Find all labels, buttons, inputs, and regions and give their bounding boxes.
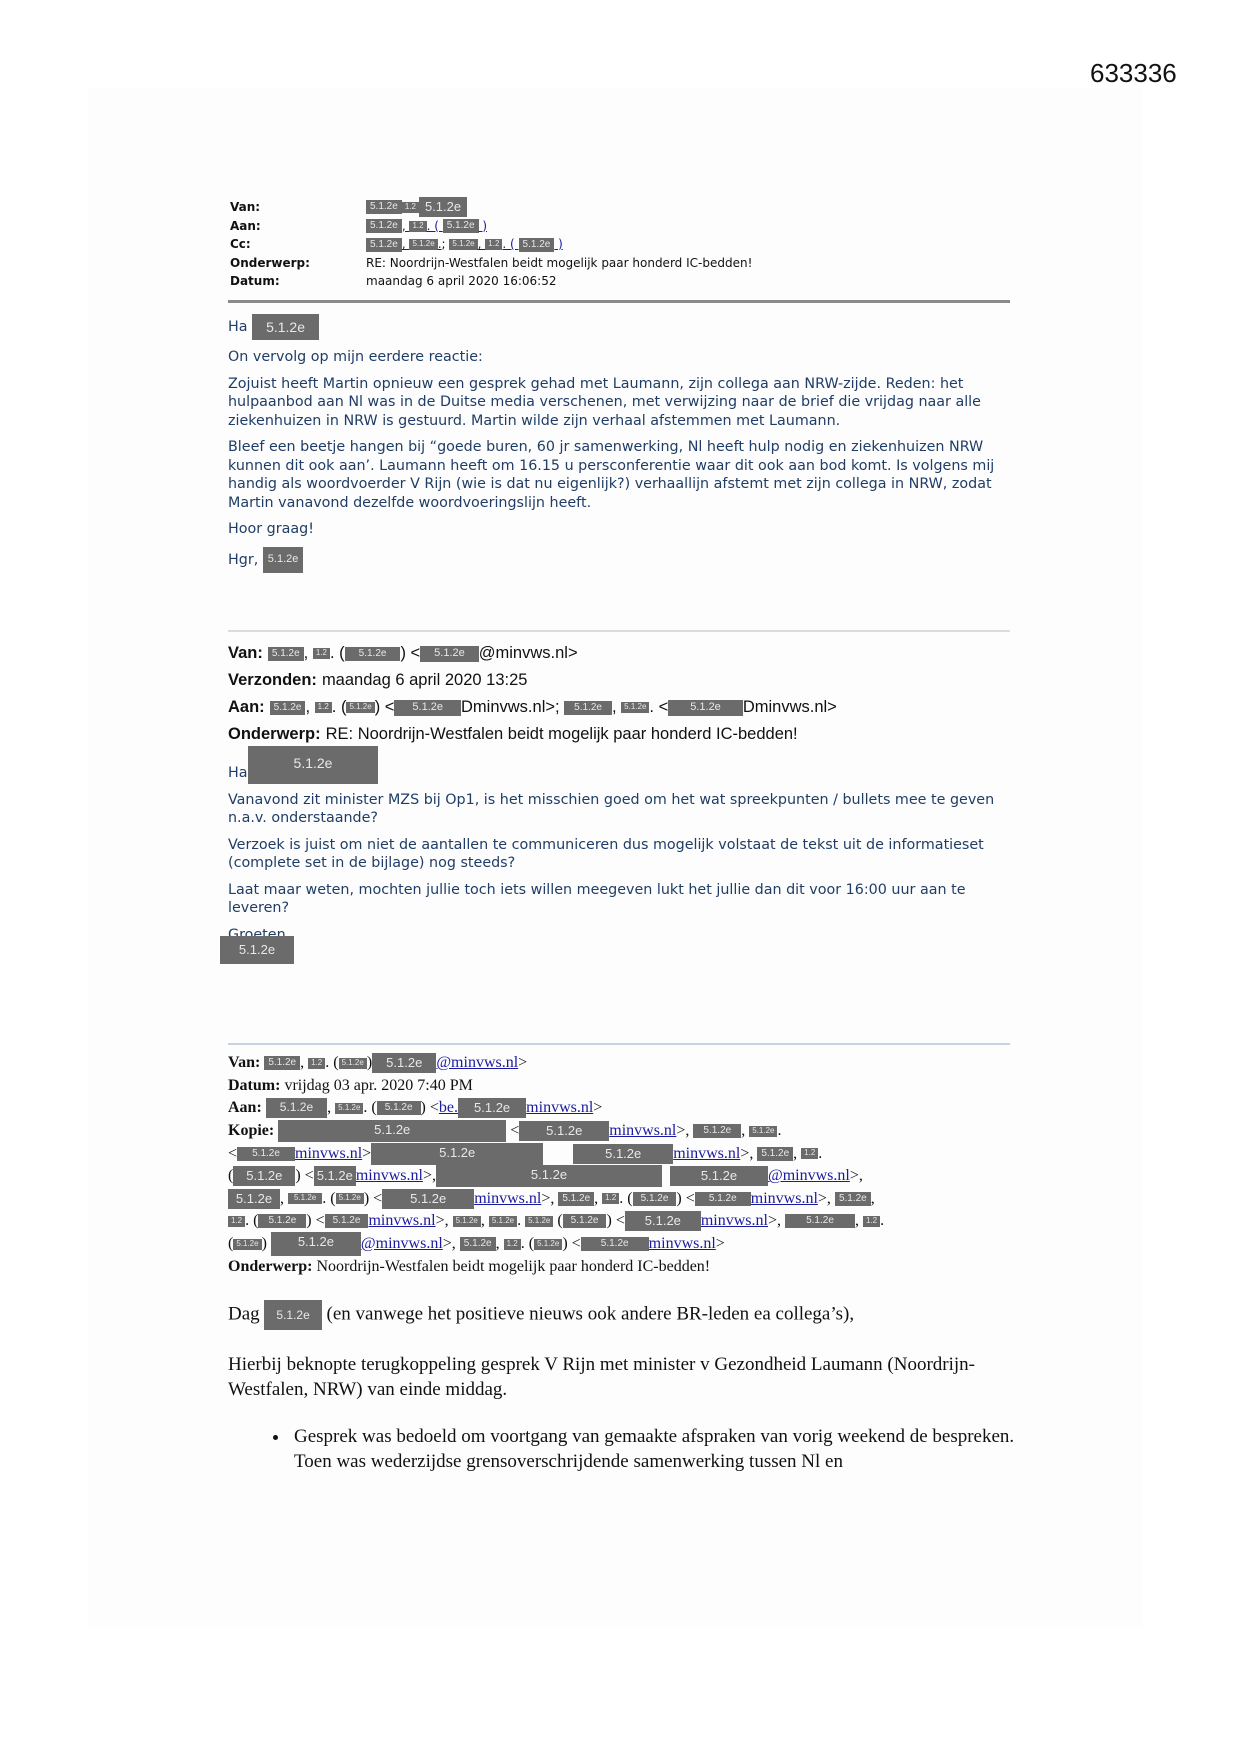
redaction: 5.1.2e [258,1214,306,1228]
email-link[interactable]: minvws.nl [526,1099,593,1117]
redaction: 5.1.2e [394,700,461,716]
subject-label: Onderwerp: [230,256,366,270]
redaction: 5.1.2e [233,1166,295,1186]
email1-cc-row: Cc: 5.1.2e, 5.1.2e.; 5.1.2e, 1.2. ( 5.1.… [230,235,752,254]
redaction: 1.2 [485,239,502,250]
email1-header: Van: 5.1.2e1.25.1.2e Aan: 5.1.2e, 1.2. (… [230,198,752,291]
cc-label: Kopie: [228,1122,274,1140]
paragraph: Zojuist heeft Martin opnieuw een gesprek… [228,375,1008,431]
greeting-text: Ha [228,319,248,335]
redaction: 5.1.2e [270,701,306,715]
redaction: 5.1.2e [453,1216,481,1227]
redaction: 5.1.2e [371,1143,543,1165]
redaction: 5.1.2e [339,1058,367,1069]
cc-link[interactable]: 5.1.2e, 1.2. ( 5.1.2e ) [449,237,562,251]
email-link[interactable]: @minvws.nl [436,1054,518,1072]
redaction: 5.1.2e [558,1192,594,1206]
to-label: Aan: [228,1099,262,1117]
redaction: 1.2 [863,1216,880,1227]
from-value: 5.1.2e1.25.1.2e [366,197,467,217]
redaction: 5.1.2e [264,1300,321,1330]
email3-cc-row: (5.1.2e) <5.1.2eminvws.nl>,5.1.2e5.1.2e@… [228,1165,1018,1188]
bullet-item: Gesprek was bedoeld om voortgang van gem… [290,1424,1018,1474]
redaction: 5.1.2e [228,1189,280,1209]
email3-to-row: Aan: 5.1.2e, 5.1.2e. (5.1.2e) <be.5.1.2e… [228,1097,1018,1120]
paragraph: On vervolg op mijn eerdere reactie: [228,348,1008,367]
redaction: 5.1.2e [288,1193,322,1204]
redaction: 1.2 [504,1239,521,1250]
redaction: 5.1.2e [268,647,304,661]
email-link[interactable]: minvws.nl [356,1167,423,1185]
date-label: Datum: [230,274,366,288]
redaction: 5.1.2e [233,1239,261,1250]
redaction: 1.2 [602,1193,619,1204]
redaction: 5.1.2e [670,1166,768,1186]
paragraph: Vanavond zit minister MZS bij Op1, is he… [228,791,1008,828]
email-link[interactable]: minvws.nl [295,1145,362,1163]
subject-value: RE: Noordrijn-Westfalen beidt mogelijk p… [366,256,752,270]
email1-date-row: Datum: maandag 6 april 2020 16:06:52 [230,272,752,291]
paragraph: Hierbij beknopte terugkoppeling gesprek … [228,1352,1018,1402]
email2-sent-row: Verzonden: maandag 6 april 2020 13:25 [228,667,837,694]
bullet-list: Gesprek was bedoeld om voortgang van gem… [228,1424,1018,1474]
redaction: 5.1.2e [519,238,555,252]
redaction: 5.1.2e [336,1193,364,1204]
email-domain: @minvws.nl> [479,644,578,663]
redaction: 5.1.2e [252,314,319,340]
email3-subject-row: Onderwerp: Noordrijn-Westfalen beidt mog… [228,1255,1018,1278]
email-domain: Dminvws.nl> [461,698,555,717]
redaction: 5.1.2e [278,1120,506,1142]
redaction: 1.2 [228,1216,245,1227]
cc-link[interactable]: 5.1.2e, 5.1.2e. [366,237,442,251]
subject-label: Onderwerp: [228,725,321,744]
from-label: Van: [228,1054,260,1072]
redaction: 5.1.2e [436,1165,662,1187]
redaction: 1.2 [315,702,332,713]
redaction: 5.1.2e [633,1192,677,1206]
redaction: 5.1.2e [625,1211,701,1231]
email-link[interactable]: @minvws.nl [361,1235,443,1253]
redaction: 5.1.2e [573,1144,673,1164]
redaction: 5.1.2e [266,1098,327,1118]
from-label: Van: [228,644,263,663]
paragraph: Hoor graag! [228,520,1008,539]
redaction: 5.1.2e [237,1147,295,1161]
email-link[interactable]: minvws.nl [701,1212,768,1230]
email2-header: Van: 5.1.2e, 1.2. (5.1.2e) <5.1.2e@minvw… [228,640,837,748]
email2-subject-row: Onderwerp: RE: Noordrijn-Westfalen beidt… [228,721,837,748]
redaction: 5.1.2e [346,702,374,713]
to-value[interactable]: 5.1.2e, 1.2. ( 5.1.2e ) [366,219,487,234]
paragraph: Laat maar weten, mochten jullie toch iet… [228,881,1008,918]
redaction: 5.1.2e [458,1098,526,1118]
email3-body: Dag 5.1.2e (en vanwege het positieve nie… [228,1300,1018,1474]
redaction: 5.1.2e [695,1192,751,1206]
redaction: 5.1.2e [460,1237,496,1251]
header-divider [228,300,1010,303]
greeting-text: Dag [228,1303,260,1324]
redaction: 1.2 [409,221,426,232]
greeting-rest: (en vanwege het positieve nieuws ook and… [327,1303,855,1324]
email2-body: Ha5.1.2e Vanavond zit minister MZS bij O… [228,764,1008,952]
redaction: 5.1.2e [519,1121,609,1141]
date-label: Datum: [228,1077,280,1095]
sent-label: Verzonden: [228,671,317,690]
redaction: 1.2 [308,1058,325,1069]
redaction: 5.1.2e [693,1124,741,1138]
message-divider [228,630,1010,632]
redaction: 5.1.2e [271,1232,361,1256]
redaction: 5.1.2e [489,1216,517,1227]
redaction: 5.1.2e [668,700,743,716]
date-value: maandag 6 april 2020 16:06:52 [366,274,557,288]
subject-value: Noordrijn-Westfalen beidt mogelijk paar … [316,1258,710,1276]
redaction: 5.1.2e [525,1216,553,1227]
signoff: Hgr, 5.1.2e [228,547,1008,573]
redaction: 5.1.2e [372,1053,436,1073]
redaction: 5.1.2e [564,701,612,715]
email-link[interactable]: @minvws.nl [768,1167,850,1185]
email-link[interactable]: be. [439,1099,458,1117]
greeting: Ha5.1.2e [228,764,1008,783]
email1-body: Ha 5.1.2e On vervolg op mijn eerdere rea… [228,314,1008,581]
signoff: Groeten,5.1.2e [228,926,1008,945]
redaction: 5.1.2e [443,219,479,233]
redaction: 5.1.2e [835,1192,871,1206]
paragraph: Bleef een beetje hangen bij “goede buren… [228,438,1008,512]
redaction: 5.1.2e [325,1214,369,1228]
redaction: 5.1.2e [563,1214,607,1228]
redaction: 5.1.2e [534,1239,562,1250]
redaction: 5.1.2e [248,746,378,784]
email3-date-row: Datum: vrijdag 03 apr. 2020 7:40 PM [228,1075,1018,1098]
redaction: 5.1.2e [264,1056,300,1070]
email-link[interactable]: minvws.nl [649,1235,716,1253]
redaction: 5.1.2e [220,936,294,964]
greeting: Ha 5.1.2e [228,314,1008,340]
redaction: 5.1.2e [377,1101,421,1115]
email3-cc-row: 5.1.2e, 5.1.2e. (5.1.2e) <5.1.2eminvws.n… [228,1188,1018,1211]
email-link[interactable]: minvws.nl [368,1212,435,1230]
redaction: 1.2 [313,648,330,659]
redaction: 5.1.2e [335,1103,363,1114]
redaction: 5.1.2e [449,239,477,250]
redaction: 5.1.2e [621,702,649,713]
greeting: Dag 5.1.2e (en vanwege het positieve nie… [228,1300,1018,1330]
subject-label: Onderwerp: [228,1258,312,1276]
redaction: 5.1.2e [345,647,401,661]
to-label: Aan: [230,219,366,233]
redaction: 5.1.2e [419,197,467,217]
redaction: 5.1.2e [382,1189,474,1209]
email-link[interactable]: minvws.nl [609,1122,676,1140]
cc-label: Cc: [230,237,366,251]
redaction: 5.1.2e [581,1237,649,1251]
date-value: vrijdag 03 apr. 2020 7:40 PM [284,1077,472,1095]
email1-subject-row: Onderwerp: RE: Noordrijn-Westfalen beidt… [230,254,752,273]
email-link[interactable]: minvws.nl [751,1190,818,1208]
email3-from-row: Van: 5.1.2e, 1.2. (5.1.2e) 5.1.2e@minvws… [228,1052,1018,1075]
to-label: Aan: [228,698,265,717]
redaction: 5.1.2e [366,238,402,252]
redaction: 5.1.2e [749,1126,777,1137]
signoff-text: Hgr, [228,552,258,568]
email2-from-row: Van: 5.1.2e, 1.2. (5.1.2e) <5.1.2e@minvw… [228,640,837,667]
document-number: 633336 [1090,58,1177,89]
email-link[interactable]: minvws.nl [474,1190,541,1208]
redaction: 5.1.2e [785,1214,855,1228]
email3-header: Van: 5.1.2e, 1.2. (5.1.2e) 5.1.2e@minvws… [228,1052,1018,1278]
email3-cc-row: <5.1.2eminvws.nl>5.1.2e5.1.2eminvws.nl>,… [228,1142,1018,1165]
redaction: 5.1.2e [420,646,479,662]
paragraph: Verzoek is juist om niet de aantallen te… [228,836,1008,873]
email3-cc-row: Kopie:5.1.2e <5.1.2eminvws.nl>, 5.1.2e, … [228,1120,1018,1143]
greeting-text: Ha [228,765,248,781]
redaction: 5.1.2e [366,200,402,214]
email3-cc-row: 1.2. (5.1.2e) <5.1.2eminvws.nl>, 5.1.2e,… [228,1210,1018,1233]
redaction: 5.1.2e [263,547,304,573]
redaction: 5.1.2e [314,1166,356,1186]
email3-cc-row: (5.1.2e) 5.1.2e@minvws.nl>, 5.1.2e, 1.2.… [228,1233,1018,1256]
redaction: 5.1.2e [409,239,437,250]
email1-from-row: Van: 5.1.2e1.25.1.2e [230,198,752,217]
email2-to-row: Aan: 5.1.2e, 1.2. (5.1.2e) <5.1.2eDminvw… [228,694,837,721]
sent-value: maandag 6 april 2020 13:25 [322,671,528,690]
email-domain: Dminvws.nl> [743,698,837,717]
from-label: Van: [230,200,366,214]
message-divider [228,1043,1010,1045]
cc-value[interactable]: 5.1.2e, 5.1.2e.; 5.1.2e, 1.2. ( 5.1.2e ) [366,237,563,252]
redaction: 5.1.2e [757,1147,793,1161]
to-link[interactable]: 5.1.2e, 1.2. ( 5.1.2e ) [366,219,487,233]
email1-to-row: Aan: 5.1.2e, 1.2. ( 5.1.2e ) [230,217,752,236]
redaction: 1.2 [801,1148,818,1159]
redaction: 5.1.2e [366,219,402,233]
subject-value: RE: Noordrijn-Westfalen beidt mogelijk p… [326,725,798,744]
redaction: 1.2 [402,202,419,213]
email-link[interactable]: minvws.nl [673,1145,740,1163]
